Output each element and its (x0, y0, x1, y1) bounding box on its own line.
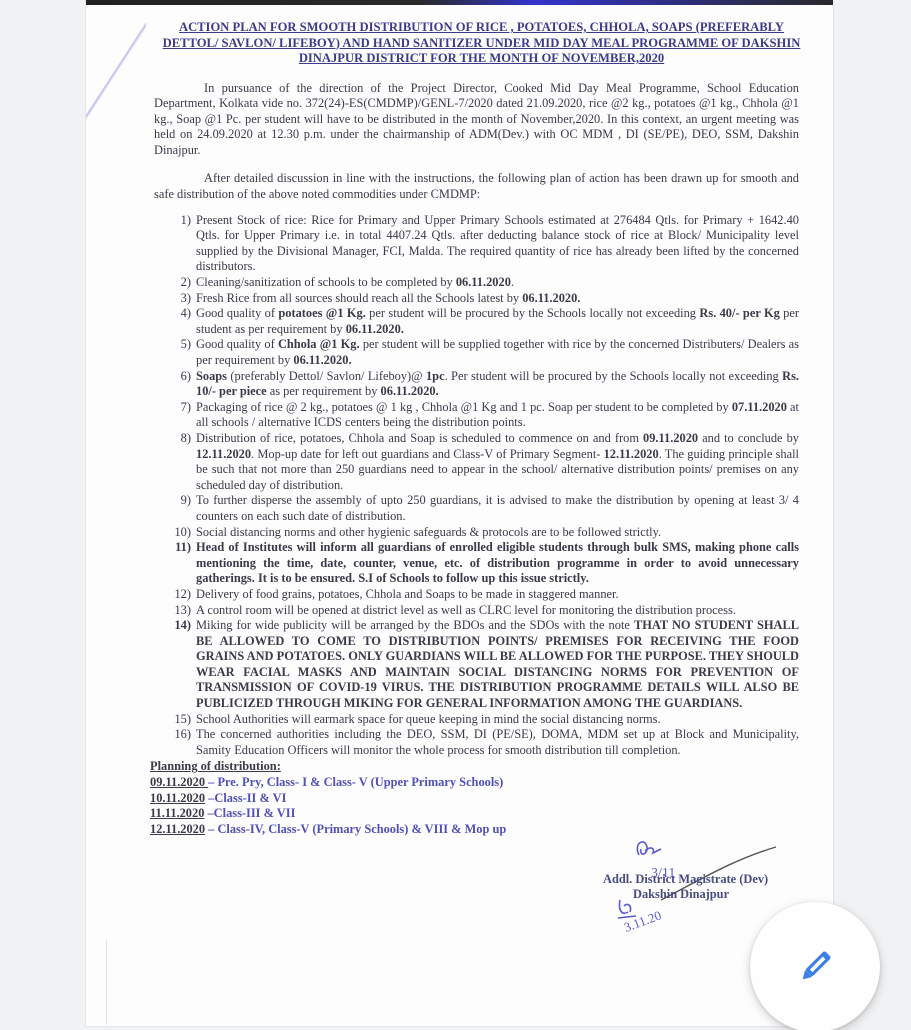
item-number: 1) (169, 213, 191, 229)
item-number: 12) (164, 587, 191, 603)
item-text-bold: potatoes @1 Kg. (278, 306, 365, 320)
item-text: Miking for wide publicity will be arrang… (196, 618, 634, 632)
item-text: School Authorities will earmark space fo… (196, 712, 661, 726)
action-item: 8)Distribution of rice, potatoes, Chhola… (194, 431, 799, 493)
item-text-bold: Head of Institutes will inform all guard… (196, 540, 799, 585)
item-text-bold: 12.11.2020 (196, 447, 251, 461)
action-item: 10)Social distancing norms and other hyg… (194, 525, 799, 541)
planning-heading: Planning of distribution: (150, 759, 799, 775)
item-text: per student will be procured by the Scho… (366, 306, 700, 320)
item-number: 11) (164, 540, 191, 556)
planning-date: 11.11.2020 (150, 806, 204, 820)
action-item: 13)A control room will be opened at dist… (194, 603, 799, 619)
item-number: 10) (164, 525, 191, 541)
action-item: 11)Head of Institutes will inform all gu… (194, 540, 799, 587)
pencil-icon (793, 945, 837, 989)
action-items-list: 1)Present Stock of rice: Rice for Primar… (154, 213, 799, 759)
item-text-bold: 09.11.2020 (643, 431, 698, 445)
item-text: Present Stock of rice: Rice for Primary … (196, 213, 799, 274)
svg-text:3.11.20: 3.11.20 (622, 908, 663, 935)
item-text: A control room will be opened at distric… (196, 603, 736, 617)
item-text: . (511, 275, 514, 289)
item-number: 6) (169, 369, 191, 385)
item-text-bold: Rs. 40/- per Kg (699, 306, 779, 320)
page-inner-edge (106, 940, 107, 1025)
item-text: Good quality of (196, 306, 278, 320)
item-text: and to conclude by (698, 431, 799, 445)
action-item: 2)Cleaning/sanitization of schools to be… (194, 275, 799, 291)
item-text: . Mop-up date for left out guardians and… (251, 447, 604, 461)
action-item: 9)To further disperse the assembly of up… (194, 493, 799, 524)
item-number: 9) (169, 493, 191, 509)
action-item: 5)Good quality of Chhola @1 Kg. per stud… (194, 337, 799, 368)
item-text: as per requirement by (267, 384, 381, 398)
item-text: Social distancing norms and other hygien… (196, 525, 661, 539)
item-number: 2) (169, 275, 191, 291)
action-item: 6)Soaps (preferably Dettol/ Savlon/ Life… (194, 369, 799, 400)
item-text-bold: 06.11.2020 (456, 275, 511, 289)
action-item: 14)Miking for wide publicity will be arr… (194, 618, 799, 712)
item-number: 14) (164, 618, 191, 634)
planning-date: 10.11.2020 (150, 791, 205, 805)
item-text-bold: 06.11.2020. (293, 353, 351, 367)
planning-text: –Class-III & VII (204, 806, 295, 820)
item-number: 7) (169, 400, 191, 416)
planning-row: 11.11.2020 –Class-III & VII (150, 806, 799, 822)
document-title: ACTION PLAN FOR SMOOTH DISTRIBUTION OF R… (154, 20, 809, 67)
document-page: ACTION PLAN FOR SMOOTH DISTRIBUTION OF R… (86, 0, 833, 1026)
item-text-bold: Chhola @1 Kg. (278, 337, 360, 351)
action-item: 16)The concerned authorities including t… (194, 727, 799, 758)
signature-block: Addl. District Magistrate (Dev) Dakshin … (603, 872, 803, 902)
planning-row: 10.11.2020 –Class-II & VI (150, 791, 799, 807)
item-text-bold: 07.11.2020 (732, 400, 787, 414)
action-item: 7)Packaging of rice @ 2 kg., potatoes @ … (194, 400, 799, 431)
planning-row: 09.11.2020 – Pre. Pry, Class- I & Class-… (150, 775, 799, 791)
item-text: Delivery of food grains, potatoes, Chhol… (196, 587, 619, 601)
item-text: To further disperse the assembly of upto… (196, 493, 799, 523)
item-text: Cleaning/sanitization of schools to be c… (196, 275, 456, 289)
planning-text: – Class-IV, Class-V (Primary Schools) & … (205, 822, 506, 836)
planning-date: 12.11.2020 (150, 822, 205, 836)
document-content: ACTION PLAN FOR SMOOTH DISTRIBUTION OF R… (154, 20, 799, 837)
planning-row: 12.11.2020 – Class-IV, Class-V (Primary … (150, 822, 799, 838)
planning-text: –Class-II & VI (205, 791, 286, 805)
item-text-bold: Soaps (196, 369, 227, 383)
item-text: (preferably Dettol/ Savlon/ Lifeboy)@ (227, 369, 426, 383)
action-item: 15)School Authorities will earmark space… (194, 712, 799, 728)
action-item: 3)Fresh Rice from all sources should rea… (194, 291, 799, 307)
page-top-edge (86, 0, 833, 5)
item-number: 4) (169, 306, 191, 322)
action-item: 1)Present Stock of rice: Rice for Primar… (194, 213, 799, 275)
item-text: The concerned authorities including the … (196, 727, 799, 757)
item-text: Distribution of rice, potatoes, Chhola a… (196, 431, 643, 445)
planning-date: 09.11.2020 (150, 775, 208, 789)
action-item: 12)Delivery of food grains, potatoes, Ch… (194, 587, 799, 603)
item-number: 15) (164, 712, 191, 728)
edit-fab-button[interactable] (750, 902, 880, 1030)
item-text-bold: 1pc (426, 369, 445, 383)
intro-paragraph: In pursuance of the direction of the Pro… (154, 81, 799, 159)
planning-text: – Pre. Pry, Class- I & Class- V (Upper P… (208, 775, 503, 789)
item-text-bold: 12.11.2020 (604, 447, 659, 461)
item-text-bold: 06.11.2020. (381, 384, 439, 398)
item-text: Good quality of (196, 337, 278, 351)
item-number: 13) (164, 603, 191, 619)
page-fold-line (86, 0, 146, 140)
item-number: 16) (164, 727, 191, 743)
item-text: . Per student will be procured by the Sc… (445, 369, 783, 383)
item-text: Packaging of rice @ 2 kg., potatoes @ 1 … (196, 400, 732, 414)
second-paragraph: After detailed discussion in line with t… (154, 171, 799, 202)
item-text: Fresh Rice from all sources should reach… (196, 291, 522, 305)
signatory-district: Dakshin Dinajpur (603, 887, 803, 902)
signatory-title: Addl. District Magistrate (Dev) (603, 872, 803, 887)
item-number: 3) (169, 291, 191, 307)
item-number: 5) (169, 337, 191, 353)
planning-section: Planning of distribution: 09.11.2020 – P… (150, 759, 799, 837)
action-item: 4)Good quality of potatoes @1 Kg. per st… (194, 306, 799, 337)
item-text-bold: 06.11.2020. (522, 291, 580, 305)
item-number: 8) (169, 431, 191, 447)
item-text-bold: 06.11.2020. (346, 322, 404, 336)
